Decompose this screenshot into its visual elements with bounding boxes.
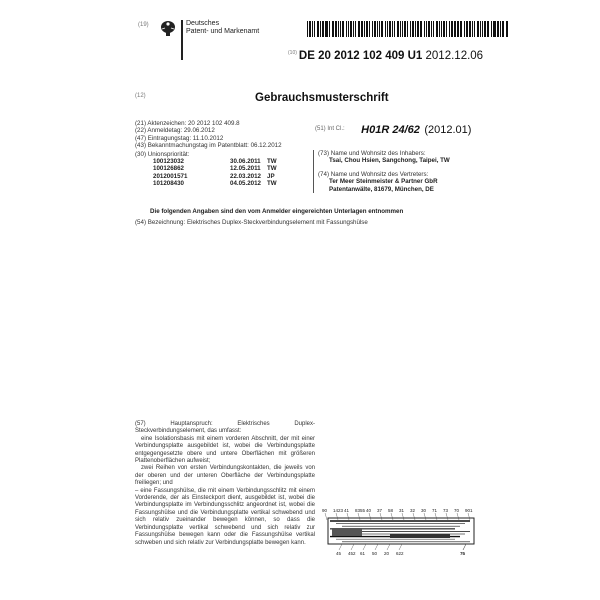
publication-date: 2012.12.06 [426,50,484,62]
svg-text:8355: 8355 [355,508,366,513]
priority-table: 10012303230.06.2011TW10012686212.05.2011… [153,158,277,188]
office-line-2: Patent- und Markenamt [186,28,259,36]
svg-text:40: 40 [366,508,372,513]
publication-number-value: DE 20 2012 102 409 U1 [299,50,422,62]
barcode [307,21,509,37]
inid-code-10: (10) [288,50,297,56]
publication-number: (10)DE 20 2012 102 409 U1 2012.12.06 [288,50,483,62]
priority-row: 10120843004.05.2012TW [153,180,277,187]
svg-text:622: 622 [396,551,404,556]
invention-title: (54) Bezeichnung: Elektrisches Duplex-St… [135,219,368,226]
bibliographic-right: (73) Name und Wohnsitz des Inhabers: Tsa… [313,150,488,193]
owner-label: (73) Name und Wohnsitz des Inhabers: [318,150,488,157]
priority-row: 10012303230.06.2011TW [153,158,277,165]
svg-text:901: 901 [465,508,473,513]
patent-office-name: Deutsches Patent- und Markenamt [186,20,259,36]
svg-text:58: 58 [388,508,394,513]
bibliographic-left: (21) Aktenzeichen: 20 2012 102 409.8 (22… [135,120,310,188]
svg-text:73: 73 [443,508,449,513]
connector-drawing: 9014234183554037583132307173709014545261… [320,500,480,558]
logo-divider [181,20,183,60]
svg-text:75: 75 [460,551,466,556]
inid-code-12: (12) [135,93,146,99]
svg-text:71: 71 [432,508,438,513]
svg-text:41: 41 [344,508,350,513]
claim-paragraph: eine Isolationsbasis mit einem vorderen … [135,436,315,466]
owner-value: Tsai, Chou Hsien, Sangchong, Taipei, TW [318,157,488,164]
svg-text:45: 45 [336,551,342,556]
registration-date: (47) Eintragungstag: 11.10.2012 [135,135,310,142]
claim-paragraph: zwei Reihen von ersten Verbindungskontak… [135,465,315,487]
ipc-classification: (51) Int Cl.: H01R 24/62 (2012.01) [315,120,471,138]
ipc-label: (51) Int Cl.: [315,126,345,132]
agent-label: (74) Name und Wohnsitz des Vertreters: [318,171,488,178]
svg-text:61: 61 [360,551,366,556]
svg-text:452: 452 [348,551,356,556]
svg-text:20: 20 [384,551,390,556]
claim-paragraph: – eine Fassungshülse, die mit einem Verb… [135,488,315,547]
federal-eagle-icon [160,20,176,38]
claim-heading: (57) Hauptanspruch: Elektrisches Duplex-… [135,421,315,436]
svg-text:70: 70 [454,508,460,513]
svg-text:30: 30 [421,508,427,513]
agent-value-line-1: Ter Meer Steinmeister & Partner GbR [318,178,488,185]
ipc-class: H01R 24/62 [361,124,420,136]
document-type-title: Gebrauchsmusterschrift [255,92,389,104]
svg-text:90: 90 [322,508,328,513]
agent-value-line-2: Patentanwälte, 81679, München, DE [318,186,488,193]
svg-text:50: 50 [372,551,378,556]
svg-text:1423: 1423 [333,508,344,513]
svg-text:32: 32 [410,508,416,513]
applicant-notice: Die folgenden Angaben sind den vom Anmel… [150,208,403,215]
priority-row: 10012686212.05.2011TW [153,165,277,172]
svg-text:37: 37 [377,508,383,513]
ipc-version: (2012.01) [424,124,471,136]
priority-row: 201200157122.03.2012JP [153,173,277,180]
application-number: (21) Aktenzeichen: 20 2012 102 409.8 [135,120,310,127]
main-claim: (57) Hauptanspruch: Elektrisches Duplex-… [135,421,315,547]
office-line-1: Deutsches [186,20,259,28]
publication-notice-date: (43) Bekanntmachungstag im Patentblatt: … [135,142,310,149]
priority-label: (30) Unionspriorität: [135,151,310,158]
filing-date: (22) Anmeldetag: 29.06.2012 [135,127,310,134]
inid-code-19: (19) [138,22,149,28]
svg-text:31: 31 [399,508,405,513]
